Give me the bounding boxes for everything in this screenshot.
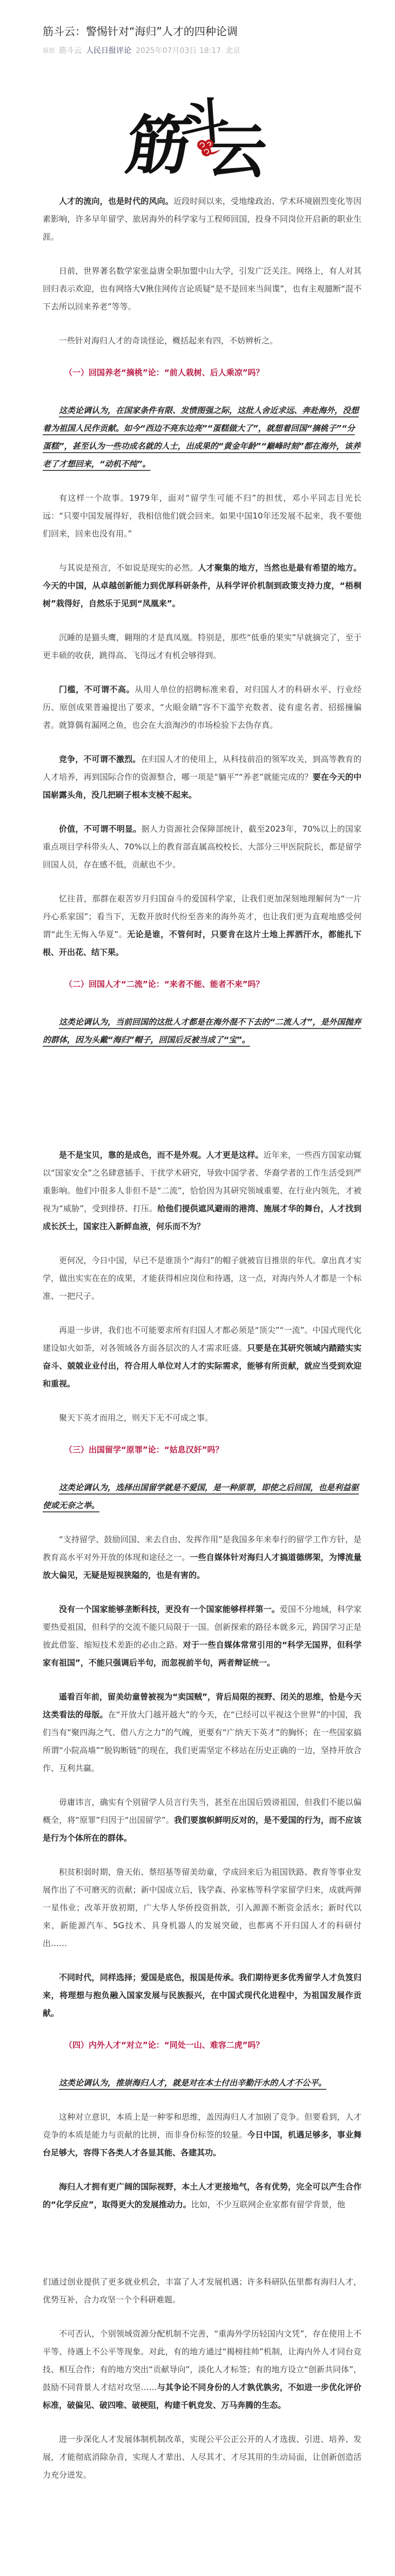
section-4-heading: （四）内外人才“对立”论：“同处一山、难容二虎”吗？ — [43, 2039, 361, 2051]
section-1-paragraph-5: 竞争，不可谓不激烈。在归国人才的使用上，从科技前沿的领军攻关，到高等教育的人才培… — [43, 751, 361, 804]
section-1-paragraph-6: 价值，不可谓不明显。据人力资源社会保障部统计，截至2023年，70%以上的国家重… — [43, 820, 361, 874]
section-3-paragraph-6: 不同时代，同样选择；爱国是底色，报国是传承。我们期待更多优秀留学人才负笈归来，将… — [43, 1969, 361, 2022]
paragraph-text: 比如，不少互联网企业家都有留学背景，他 — [191, 2200, 345, 2209]
paragraph-bold: 是不是宝贝，靠的是成色，而不是外观。人才更是这样。 — [59, 1150, 263, 1160]
section-3-paragraph-5: 积贫积弱时期，詹天佑、蔡绍基等留美幼童，学成回来后为祖国铁路、教育等事业发展作出… — [43, 1863, 361, 1953]
section-1-paragraph-1: 有这样一个故事。1979年，面对“留学生可能不归”的担忧，邓小平同志目光长远：“… — [43, 489, 361, 543]
section-2-paragraph-4: 聚天下英才而用之，则天下无不可成之事。 — [43, 1409, 361, 1427]
section-1-paragraph-3: 沉睡的是猫头鹰，翱翔的才是真凤凰。特别是，那些“低垂的果实”早就摘完了，至于更丰… — [43, 629, 361, 665]
section-4-paragraph-2: 海归人才拥有更广阔的国际视野，本土人才更接地气，各有优势，完全可以产生合作的“化… — [43, 2178, 361, 2214]
section-4-paragraph-4: 进一步深化人才发展体制机制改革，实现公平公正公开的人才选拔、引进、培养、发展，才… — [43, 2431, 361, 2484]
paragraph-bold: 门槛，不可谓不高。 — [59, 685, 135, 694]
blank-space — [43, 1065, 361, 1146]
article-body: 人才的流向，也是时代的风向。近段时间以来，受地缘政治、学术环境剧烈变化等因素影响… — [0, 186, 395, 2576]
page-bottom-space — [43, 2500, 361, 2576]
section-1-claim: 这类论调认为，在国家条件有限、发愤图强之际，这批人舍近求远、奔赴海外，没想着为祖… — [43, 402, 361, 473]
publish-location: 北京 — [225, 45, 240, 56]
article-title: 筋斗云：警惕针对“海归”人才的四种论调 — [43, 24, 352, 39]
paragraph-bold: 价值，不可谓不明显。 — [59, 824, 142, 834]
original-tag: 原创 — [43, 45, 55, 56]
section-1-paragraph-7: 忆往昔，那群在艰苦岁月归国奋斗的爱国科学家，让我们更加深刻地理解何为“一片丹心系… — [43, 890, 361, 961]
section-4-paragraph-3: 不可否认，个别领域资源分配机制不完善，“重海外学历轻国内文凭”，存在使用上不平等… — [43, 2325, 361, 2414]
article-header: 筋斗云：警惕针对“海归”人才的四种论调 原创 筋斗云 人民日报评论 2025年0… — [0, 0, 395, 56]
jindouyun-logo: 筋 斗 云 — [128, 89, 268, 175]
section-3-paragraph-2: 没有一个国家能够垄断科技，更没有一个国家能够样样第一。爱国不分地域，科学家要热爱… — [43, 1601, 361, 1672]
section-3-claim: 这类论调认为，选择出国留学就是不爱国，是一种原罪，即使之后回国，也是利益驱使或无… — [43, 1479, 361, 1515]
paragraph-bold: 不同时代，同样选择；爱国是底色，报国是传承。我们期待更多优秀留学人才负笈归来，将… — [43, 1973, 361, 2018]
section-1-heading: （一）回国养老“摘桃”论：“前人栽树、后人乘凉”吗？ — [43, 366, 361, 379]
paragraph-bold: 没有一个国家能够垄断科技，更没有一个国家能够样样第一。 — [59, 1604, 280, 1614]
section-3-paragraph-4: 毋庸讳言，确实有个别留学人员言行失当，甚至在出国后毁谤祖国，但我们不能以偏概全，… — [43, 1794, 361, 1847]
blank-space — [43, 2214, 361, 2273]
paragraph-bold: 竞争，不可谓不激烈。 — [59, 754, 140, 764]
intro-paragraph-1: 人才的流向，也是时代的风向。近段时间以来，受地缘政治、学术环境剧烈变化等因素影响… — [43, 192, 361, 246]
section-1-paragraph-4: 门槛，不可谓不高。从用人单位的招聘标准来看，对归国人才的科研水平、行业经历、原创… — [43, 681, 361, 734]
paragraph-text: 与其说是预言，不如说是现实的必然。 — [59, 563, 198, 573]
section-4-claim: 这类论调认为，推崇海归人才，就是对在本土付出辛勤汗水的人才不公平。 — [43, 2074, 361, 2092]
section-2-claim: 这类论调认为，当前回国的这批人才都是在海外混不下去的“二流人才”，是外国抛弃的群… — [43, 1013, 361, 1049]
section-4-paragraph-2-continued: 们通过创业提供了更多就业机会，丰富了人才发展机遇；许多科研队伍里都有海归人才，优… — [43, 2273, 361, 2309]
publish-datetime: 2025年07月03日 18:17 — [136, 45, 221, 56]
section-2-paragraph-2: 更何况，今日中国，早已不是谁顶个“海归”的帽子就被盲目推崇的年代。拿出真才实学，… — [43, 1252, 361, 1305]
section-2-paragraph-1: 是不是宝贝，靠的是成色，而不是外观。人才更是这样。近年来，一些西方国家动辄以“国… — [43, 1146, 361, 1236]
intro-paragraph-3: 一些针对海归人才的奇谈怪论，概括起来有四，不妨辨析之。 — [43, 332, 361, 350]
account-link[interactable]: 人民日报评论 — [86, 45, 131, 56]
section-1-paragraph-2: 与其说是预言，不如说是现实的必然。人才聚集的地方，当然也是最有希望的地方。今天的… — [43, 559, 361, 613]
auspicious-cloud-icon — [196, 138, 220, 157]
section-3-paragraph-1: “支持留学、鼓励回国、来去自由、发挥作用”是我国多年来奉行的留学工作方针，是教育… — [43, 1531, 361, 1584]
section-4-paragraph-1: 这种对立意识，本质上是一种零和思维，盖因海归人才加剧了竞争。但要看到，人才竞争的… — [43, 2108, 361, 2162]
article-page: 筋斗云：警惕针对“海归”人才的四种论调 原创 筋斗云 人民日报评论 2025年0… — [0, 0, 395, 2576]
author-name: 筋斗云 — [59, 45, 82, 56]
intro-lead-bold: 人才的流向，也是时代的风向。 — [59, 196, 173, 206]
article-meta: 原创 筋斗云 人民日报评论 2025年07月03日 18:17 北京 — [43, 45, 352, 56]
column-logo-image: 筋 斗 云 — [0, 78, 395, 186]
section-2-heading: （二）回国人才“二流”论：“来者不能、能者不来”吗？ — [43, 978, 361, 991]
section-3-heading: （三）出国留学“原罪”论：“姑息汉奸”吗？ — [43, 1443, 361, 1456]
intro-paragraph-2: 日前，世界著名数学家张益唐全职加盟中山大学，引发广泛关注。网络上，有人对其回归表… — [43, 262, 361, 316]
section-3-paragraph-3: 遥看百年前，留美幼童曾被视为“卖国贼”，背后局限的视野、闭关的思维，恰是今天这类… — [43, 1688, 361, 1777]
section-2-paragraph-3: 再退一步讲，我们也不可能要求所有归国人才都必须是“顶尖”“一流”。中国式现代化建… — [43, 1322, 361, 1393]
